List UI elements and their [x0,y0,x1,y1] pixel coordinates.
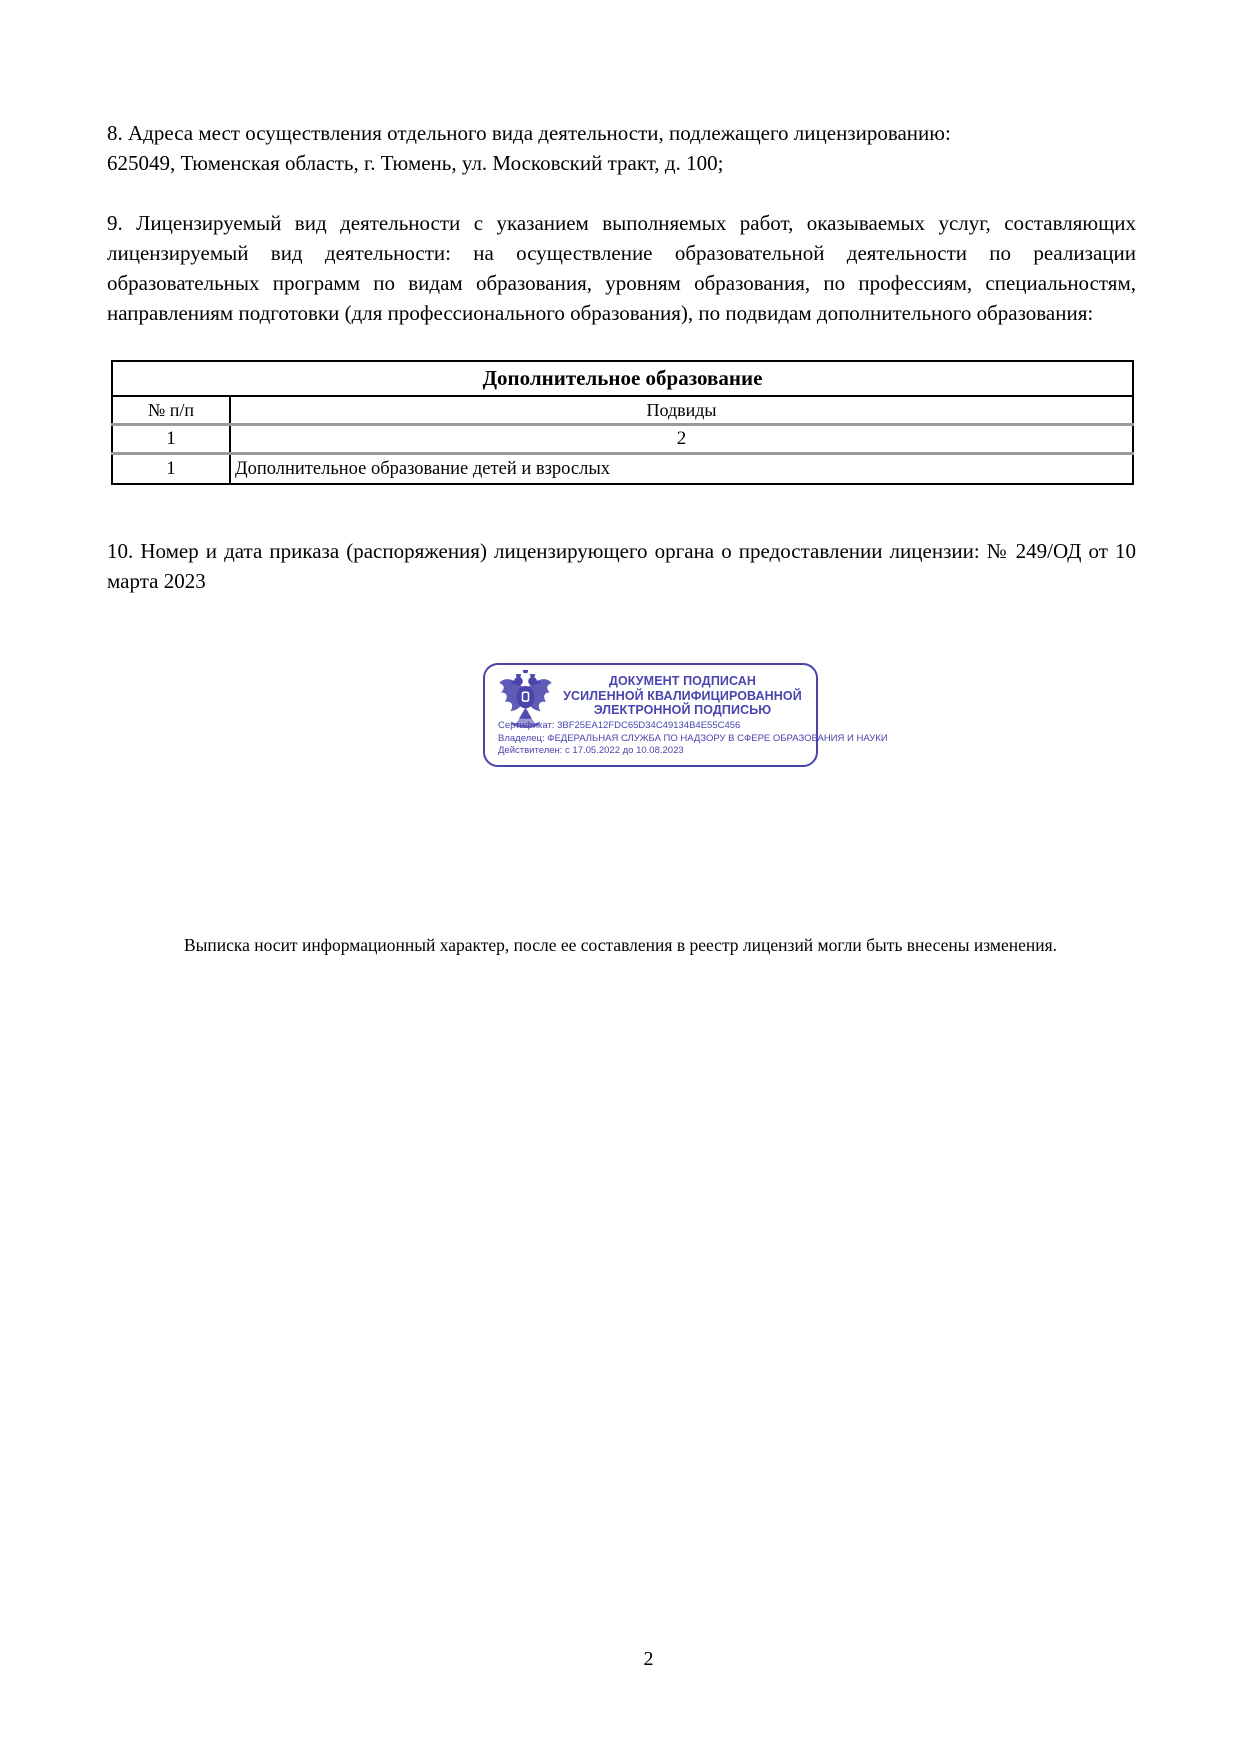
table-cell-subtype: Дополнительное образование детей и взрос… [230,454,1133,485]
paragraph-8-line-1: 8. Адреса мест осуществления отдельного … [107,118,1136,148]
stamp-title-line-1: ДОКУМЕНТ ПОДПИСАН [563,674,802,689]
table-cell-number: 1 [112,454,230,485]
license-extract-page-2: 8. Адреса мест осуществления отдельного … [0,0,1241,1754]
table-cell-number: 1 [112,425,230,454]
stamp-certificate-line: Сертификат: 3BF25EA12FDC65D34C49134B4E55… [498,720,810,733]
paragraph-9-licensed-activity: 9. Лицензируемый вид деятельности с указ… [107,208,1136,328]
education-types-table: Дополнительное образование № п/п Подвиды… [111,360,1134,485]
stamp-validity-line: Действителен: с 17.05.2022 до 10.08.2023 [498,745,810,758]
column-header-number: № п/п [112,396,230,425]
table-row: 1 2 [112,425,1133,454]
paragraph-10-order-number: 10. Номер и дата приказа (распоряжения) … [107,536,1136,596]
table-header-row: № п/п Подвиды [112,396,1133,425]
stamp-title-line-3: ЭЛЕКТРОННОЙ ПОДПИСЬЮ [563,703,802,718]
paragraph-8-line-2: 625049, Тюменская область, г. Тюмень, ул… [107,148,1136,178]
page-number: 2 [0,1648,1241,1671]
table-cell-subtype: 2 [230,425,1133,454]
column-header-subtypes: Подвиды [230,396,1133,425]
stamp-details: Сертификат: 3BF25EA12FDC65D34C49134B4E55… [498,720,810,758]
table-title: Дополнительное образование [112,361,1133,396]
paragraph-8-addresses: 8. Адреса мест осуществления отдельного … [107,118,1136,178]
table-title-row: Дополнительное образование [112,361,1133,396]
electronic-signature-stamp: ДОКУМЕНТ ПОДПИСАН УСИЛЕННОЙ КВАЛИФИЦИРОВ… [483,663,818,767]
stamp-title-line-2: УСИЛЕННОЙ КВАЛИФИЦИРОВАННОЙ [563,689,802,704]
stamp-title: ДОКУМЕНТ ПОДПИСАН УСИЛЕННОЙ КВАЛИФИЦИРОВ… [563,674,802,718]
table-row: 1 Дополнительное образование детей и взр… [112,454,1133,485]
informational-note: Выписка носит информационный характер, п… [0,935,1241,956]
education-types-table-wrap: Дополнительное образование № п/п Подвиды… [111,360,1134,485]
stamp-owner-line: Владелец: ФЕДЕРАЛЬНАЯ СЛУЖБА ПО НАДЗОРУ … [498,733,810,746]
